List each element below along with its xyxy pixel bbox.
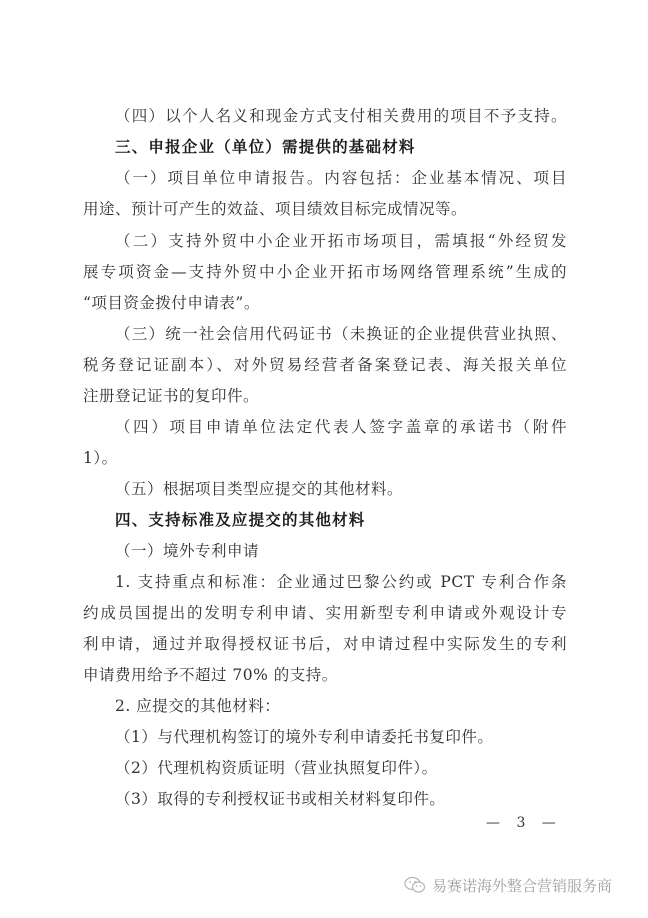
section-heading: 三、申报企业（单位）需提供的基础材料 [115,135,567,159]
text-line: （2）代理机构资质证明（营业执照复印件）。 [115,756,567,780]
text-line: （一）项目单位申请报告。内容包括：企业基本情况、项目 [115,166,567,190]
text-line: （3）取得的专利授权证书或相关材料复印件。 [115,787,567,811]
text-line: 1）。 [83,446,567,470]
page-number: — 3 — [486,815,562,831]
document-page: （四）以个人名义和现金方式支付相关费用的项目不予支持。三、申报企业（单位）需提供… [0,0,648,918]
text-line: （二）支持外贸中小企业开拓市场项目，需填报“外经贸发 [115,229,567,253]
text-line: 2. 应提交的其他材料： [115,694,567,718]
text-line: 利申请，通过并取得授权证书后，对申请过程中实际发生的专利 [83,632,567,656]
text-line: （三）统一社会信用代码证书（未换证的企业提供营业执照、 [115,322,567,346]
text-line: 1. 支持重点和标准：企业通过巴黎公约或 PCT 专利合作条 [115,570,567,594]
watermark: 易赛诺海外整合营销服务商 [404,873,612,897]
text-line: （1）与代理机构签订的境外专利申请委托书复印件。 [115,725,567,749]
text-line: 注册登记证书的复印件。 [83,384,567,408]
text-line: （四）项目申请单位法定代表人签字盖章的承诺书（附件 [115,415,567,439]
text-line: 申请费用给予不超过 70% 的支持。 [83,663,567,687]
text-line: “项目资金拨付申请表”。 [83,291,567,315]
text-line: 约成员国提出的发明专利申请、实用新型专利申请或外观设计专 [83,601,567,625]
section-heading: 四、支持标准及应提交的其他材料 [115,508,567,532]
watermark-text: 易赛诺海外整合营销服务商 [432,875,612,896]
text-line: 展专项资金—支持外贸中小企业开拓市场网络管理系统”生成的 [83,260,567,284]
wechat-icon [404,876,426,894]
text-line: （五）根据项目类型应提交的其他材料。 [115,477,567,501]
text-line: 税务登记证副本）、对外贸易经营者备案登记表、海关报关单位 [83,353,567,377]
text-line: 用途、预计可产生的效益、项目绩效目标完成情况等。 [83,197,567,221]
text-line: （一）境外专利申请 [115,539,567,563]
text-line: （四）以个人名义和现金方式支付相关费用的项目不予支持。 [115,104,567,128]
